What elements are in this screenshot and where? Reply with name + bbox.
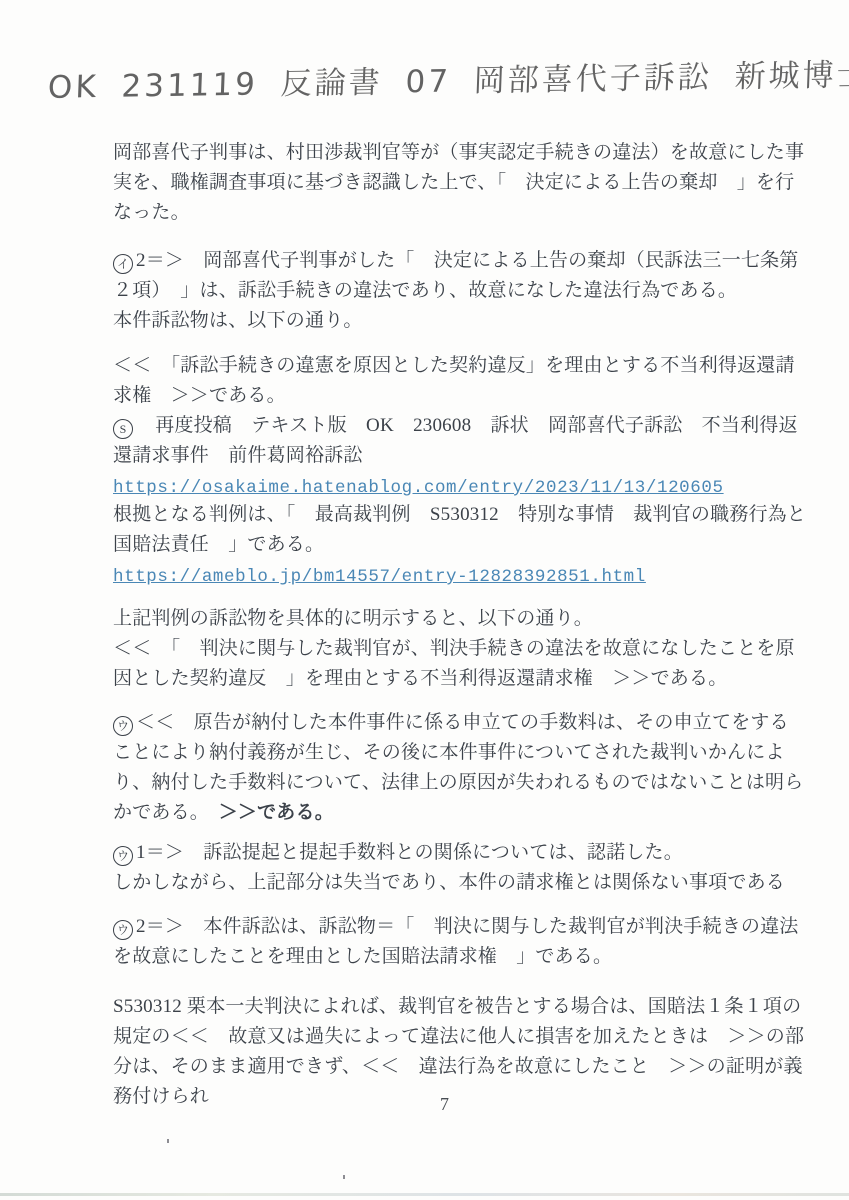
paragraph-line: 根拠となる判例は、「 最高裁判例 S530312 特別な事情 裁判官の職務行為と… bbox=[113, 500, 807, 560]
paragraph-text: 岡部喜代子判事は、村田渉裁判官等が（事実認定手続きの違法）を故意にした事実を、職… bbox=[113, 142, 804, 223]
paragraph-u2-response: ウ2＝＞ 本件訴訟は、訴訟物＝「 判決に関与した裁判官が判決手続きの違法を故意に… bbox=[113, 912, 807, 972]
paragraph-line: ＜＜ 「 判決に関与した裁判官が、判決手続きの違法を故意になしたことを原因とした… bbox=[113, 634, 807, 694]
circled-u-marker-icon: ウ bbox=[113, 846, 133, 866]
paragraph-line: イ2＝＞ 岡部喜代子判事がした「 決定による上告の棄却（民訴法三一七条第２項） … bbox=[113, 246, 807, 306]
paragraph-line: ＜＜ 「訴訟手続きの違憲を原因とした契約違反」を理由とする不当利得返還請求権 ＞… bbox=[113, 351, 807, 411]
ameblo-entry-link[interactable]: https://ameblo.jp/bm14557/entry-12828392… bbox=[113, 562, 646, 592]
paragraph-line: 上記判例の訴訟物を具体的に明示すると、以下の通り。 bbox=[113, 604, 807, 634]
paragraph-text: S530312 栗本一夫判決によれば、裁判官を被告とする場合は、国賠法１条１項の… bbox=[113, 996, 804, 1107]
paragraph-line: しかしながら、上記部分は失当であり、本件の請求権とは関係ない事項である bbox=[113, 868, 807, 898]
paragraph-bold-text: ＞＞である。 bbox=[219, 802, 334, 823]
paragraph-subject-of-suit: ＜＜ 「訴訟手続きの違憲を原因とした契約違反」を理由とする不当利得返還請求権 ＞… bbox=[113, 351, 807, 503]
circled-u-marker-icon: ウ bbox=[113, 716, 133, 736]
paragraph-okabe-fact: 岡部喜代子判事は、村田渉裁判官等が（事実認定手続きの違法）を故意にした事実を、職… bbox=[113, 138, 807, 228]
scan-speck bbox=[167, 1139, 169, 1143]
paragraph-line: ウ1＝＞ 訴訟提起と提起手数料との関係については、認諾した。 bbox=[113, 838, 807, 868]
scanned-document-page: OK 231119 反論書 07 岡部喜代子訴訟 新城博士裁判官 岡部喜代子判事… bbox=[0, 0, 849, 1200]
page-number: 7 bbox=[440, 1094, 449, 1115]
paragraph-u1-response: ウ1＝＞ 訴訟提起と提起手数料との関係については、認諾した。 しかしながら、上記… bbox=[113, 838, 807, 898]
circled-s-marker-icon: S bbox=[113, 419, 133, 439]
scan-bottom-edge bbox=[0, 1193, 849, 1196]
paragraph-text: 1＝＞ 訴訟提起と提起手数料との関係については、認諾した。 bbox=[136, 842, 683, 863]
hatenablog-entry-link[interactable]: https://osakaime.hatenablog.com/entry/20… bbox=[113, 473, 724, 503]
paragraph-u-quotation: ウ＜＜ 原告が納付した本件事件に係る申立ての手数料は、その申立てをすることにより… bbox=[113, 708, 807, 828]
paragraph-text: 再度投稿 テキスト版 OK 230608 訴状 岡部喜代子訴訟 不当利得返還請求… bbox=[113, 415, 798, 466]
paragraph-precedent: 根拠となる判例は、「 最高裁判例 S530312 特別な事情 裁判官の職務行為と… bbox=[113, 500, 807, 592]
paragraph-text: 2＝＞ 岡部喜代子判事がした「 決定による上告の棄却（民訴法三一七条第２項） 」… bbox=[113, 250, 799, 301]
paragraph-text: ＜＜ 原告が納付した本件事件に係る申立ての手数料は、その申立てをすることにより納… bbox=[113, 712, 803, 823]
circled-i-marker-icon: イ bbox=[113, 254, 133, 274]
scan-speck bbox=[343, 1175, 345, 1179]
paragraph-precedent-subject: 上記判例の訴訟物を具体的に明示すると、以下の通り。 ＜＜ 「 判決に関与した裁判… bbox=[113, 604, 807, 694]
paragraph-line: S 再度投稿 テキスト版 OK 230608 訴状 岡部喜代子訴訟 不当利得返還… bbox=[113, 411, 807, 471]
paragraph-i2-claim: イ2＝＞ 岡部喜代子判事がした「 決定による上告の棄却（民訴法三一七条第２項） … bbox=[113, 246, 807, 336]
circled-u-marker-icon: ウ bbox=[113, 920, 133, 940]
paragraph-kurimoto-judgment: S530312 栗本一夫判決によれば、裁判官を被告とする場合は、国賠法１条１項の… bbox=[113, 992, 807, 1112]
paragraph-text: 2＝＞ 本件訴訟は、訴訟物＝「 判決に関与した裁判官が判決手続きの違法を故意にし… bbox=[113, 916, 799, 967]
paragraph-line: 本件訴訟物は、以下の通り。 bbox=[113, 306, 807, 336]
handwritten-note: OK 231119 反論書 07 岡部喜代子訴訟 新城博士裁判官 bbox=[47, 50, 789, 107]
